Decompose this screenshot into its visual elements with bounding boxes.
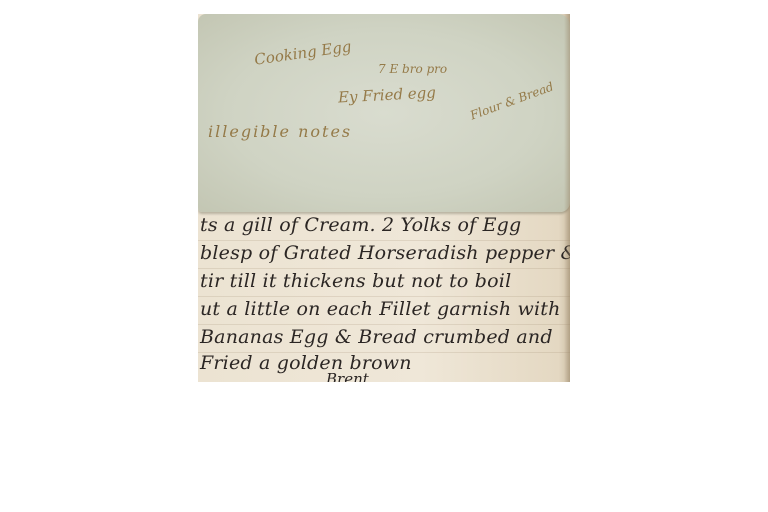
page-rule: [198, 240, 570, 241]
page-rule: [198, 324, 570, 325]
recipe-line: Bananas Egg & Bread crumbed and: [200, 326, 553, 348]
recipe-line: tir till it thickens but not to boil: [200, 270, 511, 292]
card-scribble: Flour & Bread: [468, 79, 555, 122]
card-scribble: Ey Fried egg: [338, 83, 437, 106]
recipe-line: ts a gill of Cream. 2 Yolks of Egg: [200, 214, 521, 236]
page-edge-shadow: [564, 14, 570, 382]
signature: Brent: [326, 370, 369, 382]
recipe-line: blesp of Grated Horseradish pepper & Sal…: [200, 242, 570, 264]
card-scribble: illegible notes: [208, 122, 352, 141]
card-scribble: 7 E bro pro: [378, 62, 447, 76]
page-rule: [198, 296, 570, 297]
page-rule: [198, 268, 570, 269]
handwritten-recipe-page: Cooking Egg 7 E bro pro Ey Fried egg Flo…: [198, 14, 570, 382]
card-scribble: Cooking Egg: [253, 37, 352, 68]
recipe-line: Fried a golden brown: [200, 352, 412, 374]
recipe-line: ut a little on each Fillet garnish with: [200, 298, 561, 320]
pasted-note-card: Cooking Egg 7 E bro pro Ey Fried egg Flo…: [198, 14, 570, 212]
